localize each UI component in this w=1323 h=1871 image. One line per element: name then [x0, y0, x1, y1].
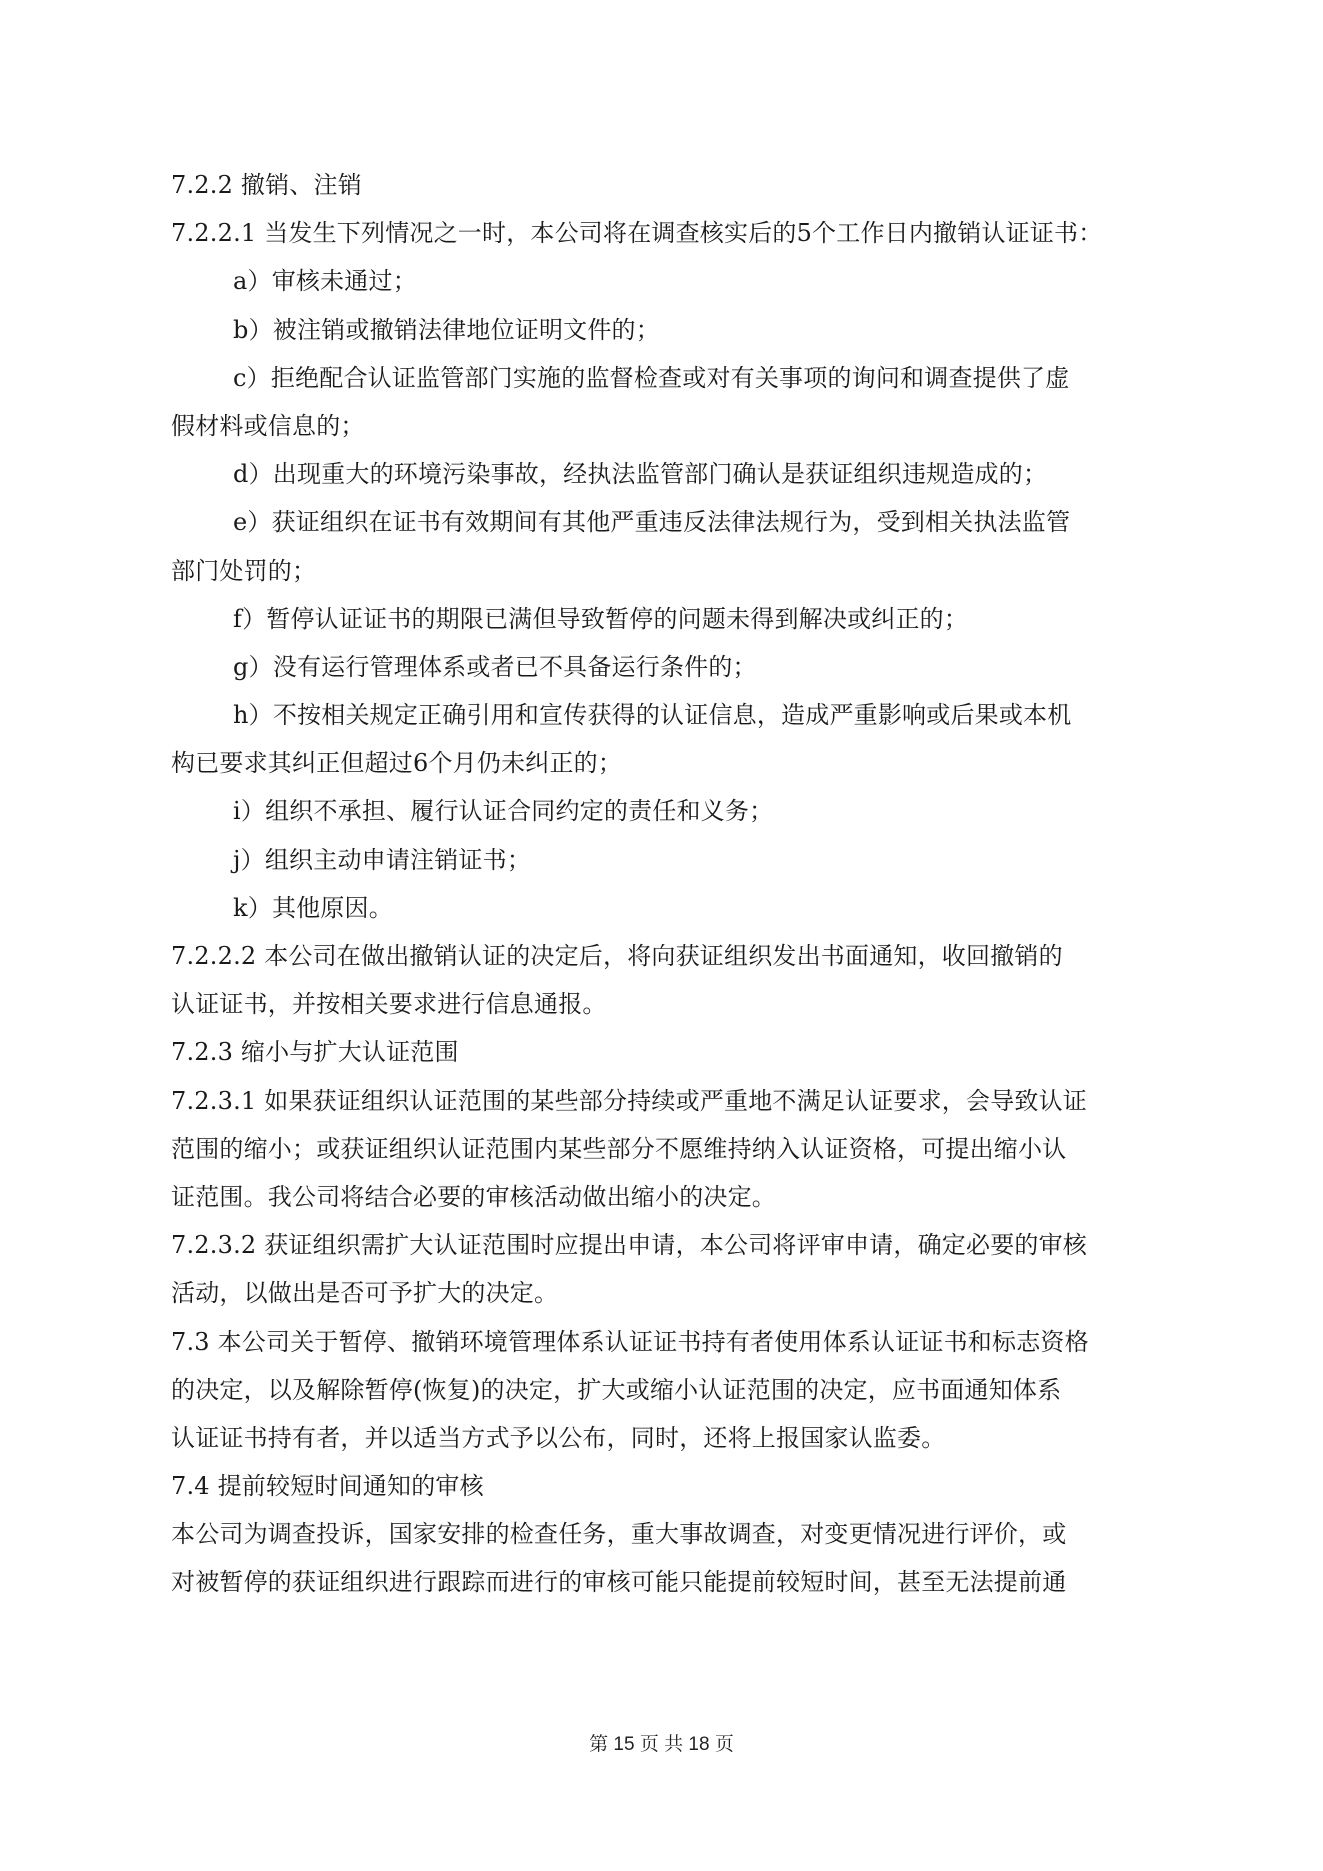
- section-heading-7-2-2: 7.2.2 撤销、注销: [171, 161, 1189, 209]
- list-item-h-continuation: 构已要求其纠正但超过6个月仍未纠正的；: [171, 739, 1189, 787]
- document-page: 7.2.2 撤销、注销 7.2.2.1 当发生下列情况之一时，本公司将在调查核实…: [0, 0, 1323, 1871]
- list-item-d: d）出现重大的环境污染事故，经执法监管部门确认是获证组织违规造成的；: [171, 450, 1189, 498]
- section-heading-7-4: 7.4 提前较短时间通知的审核: [171, 1462, 1189, 1510]
- paragraph-7-3: 7.3 本公司关于暂停、撤销环境管理体系认证证书持有者使用体系认证证书和标志资格: [171, 1318, 1189, 1366]
- paragraph-7-2-3-2: 7.2.3.2 获证组织需扩大认证范围时应提出申请，本公司将评审申请，确定必要的…: [171, 1221, 1189, 1269]
- list-item-e-continuation: 部门处罚的；: [171, 547, 1189, 595]
- list-item-h: h）不按相关规定正确引用和宣传获得的认证信息，造成严重影响或后果或本机: [171, 691, 1189, 739]
- list-item-g: g）没有运行管理体系或者已不具备运行条件的；: [171, 643, 1189, 691]
- list-item-b: b）被注销或撤销法律地位证明文件的；: [171, 306, 1189, 354]
- paragraph-7-4: 本公司为调查投诉，国家安排的检查任务，重大事故调查，对变更情况进行评价，或: [171, 1510, 1189, 1558]
- list-item-k: k）其他原因。: [171, 884, 1189, 932]
- paragraph-7-2-3-1-line-3: 证范围。我公司将结合必要的审核活动做出缩小的决定。: [171, 1173, 1189, 1221]
- document-body: 7.2.2 撤销、注销 7.2.2.1 当发生下列情况之一时，本公司将在调查核实…: [171, 161, 1189, 1607]
- list-item-i: i）组织不承担、履行认证合同约定的责任和义务；: [171, 787, 1189, 835]
- paragraph-7-2-2-1: 7.2.2.1 当发生下列情况之一时，本公司将在调查核实后的5个工作日内撤销认证…: [171, 209, 1189, 257]
- paragraph-7-3-line-2: 的决定，以及解除暂停(恢复)的决定，扩大或缩小认证范围的决定，应书面通知体系: [171, 1366, 1189, 1414]
- list-item-a: a）审核未通过；: [171, 257, 1189, 305]
- paragraph-7-2-3-2-continuation: 活动，以做出是否可予扩大的决定。: [171, 1269, 1189, 1317]
- list-item-f: f）暂停认证证书的期限已满但导致暂停的问题未得到解决或纠正的；: [171, 595, 1189, 643]
- list-item-e: e）获证组织在证书有效期间有其他严重违反法律法规行为，受到相关执法监管: [171, 498, 1189, 546]
- page-number-footer: 第 15 页 共 18 页: [0, 1729, 1323, 1756]
- paragraph-7-2-3-1-line-2: 范围的缩小；或获证组织认证范围内某些部分不愿维持纳入认证资格，可提出缩小认: [171, 1125, 1189, 1173]
- paragraph-7-2-2-2-continuation: 认证证书，并按相关要求进行信息通报。: [171, 980, 1189, 1028]
- list-item-j: j）组织主动申请注销证书；: [171, 836, 1189, 884]
- paragraph-7-3-line-3: 认证证书持有者，并以适当方式予以公布，同时，还将上报国家认监委。: [171, 1414, 1189, 1462]
- section-heading-7-2-3: 7.2.3 缩小与扩大认证范围: [171, 1028, 1189, 1076]
- paragraph-7-2-2-2: 7.2.2.2 本公司在做出撤销认证的决定后，将向获证组织发出书面通知，收回撤销…: [171, 932, 1189, 980]
- paragraph-7-4-line-2: 对被暂停的获证组织进行跟踪而进行的审核可能只能提前较短时间，甚至无法提前通: [171, 1558, 1189, 1606]
- list-item-c: c）拒绝配合认证监管部门实施的监督检查或对有关事项的询问和调查提供了虚: [171, 354, 1189, 402]
- list-item-c-continuation: 假材料或信息的；: [171, 402, 1189, 450]
- paragraph-7-2-3-1: 7.2.3.1 如果获证组织认证范围的某些部分持续或严重地不满足认证要求，会导致…: [171, 1077, 1189, 1125]
